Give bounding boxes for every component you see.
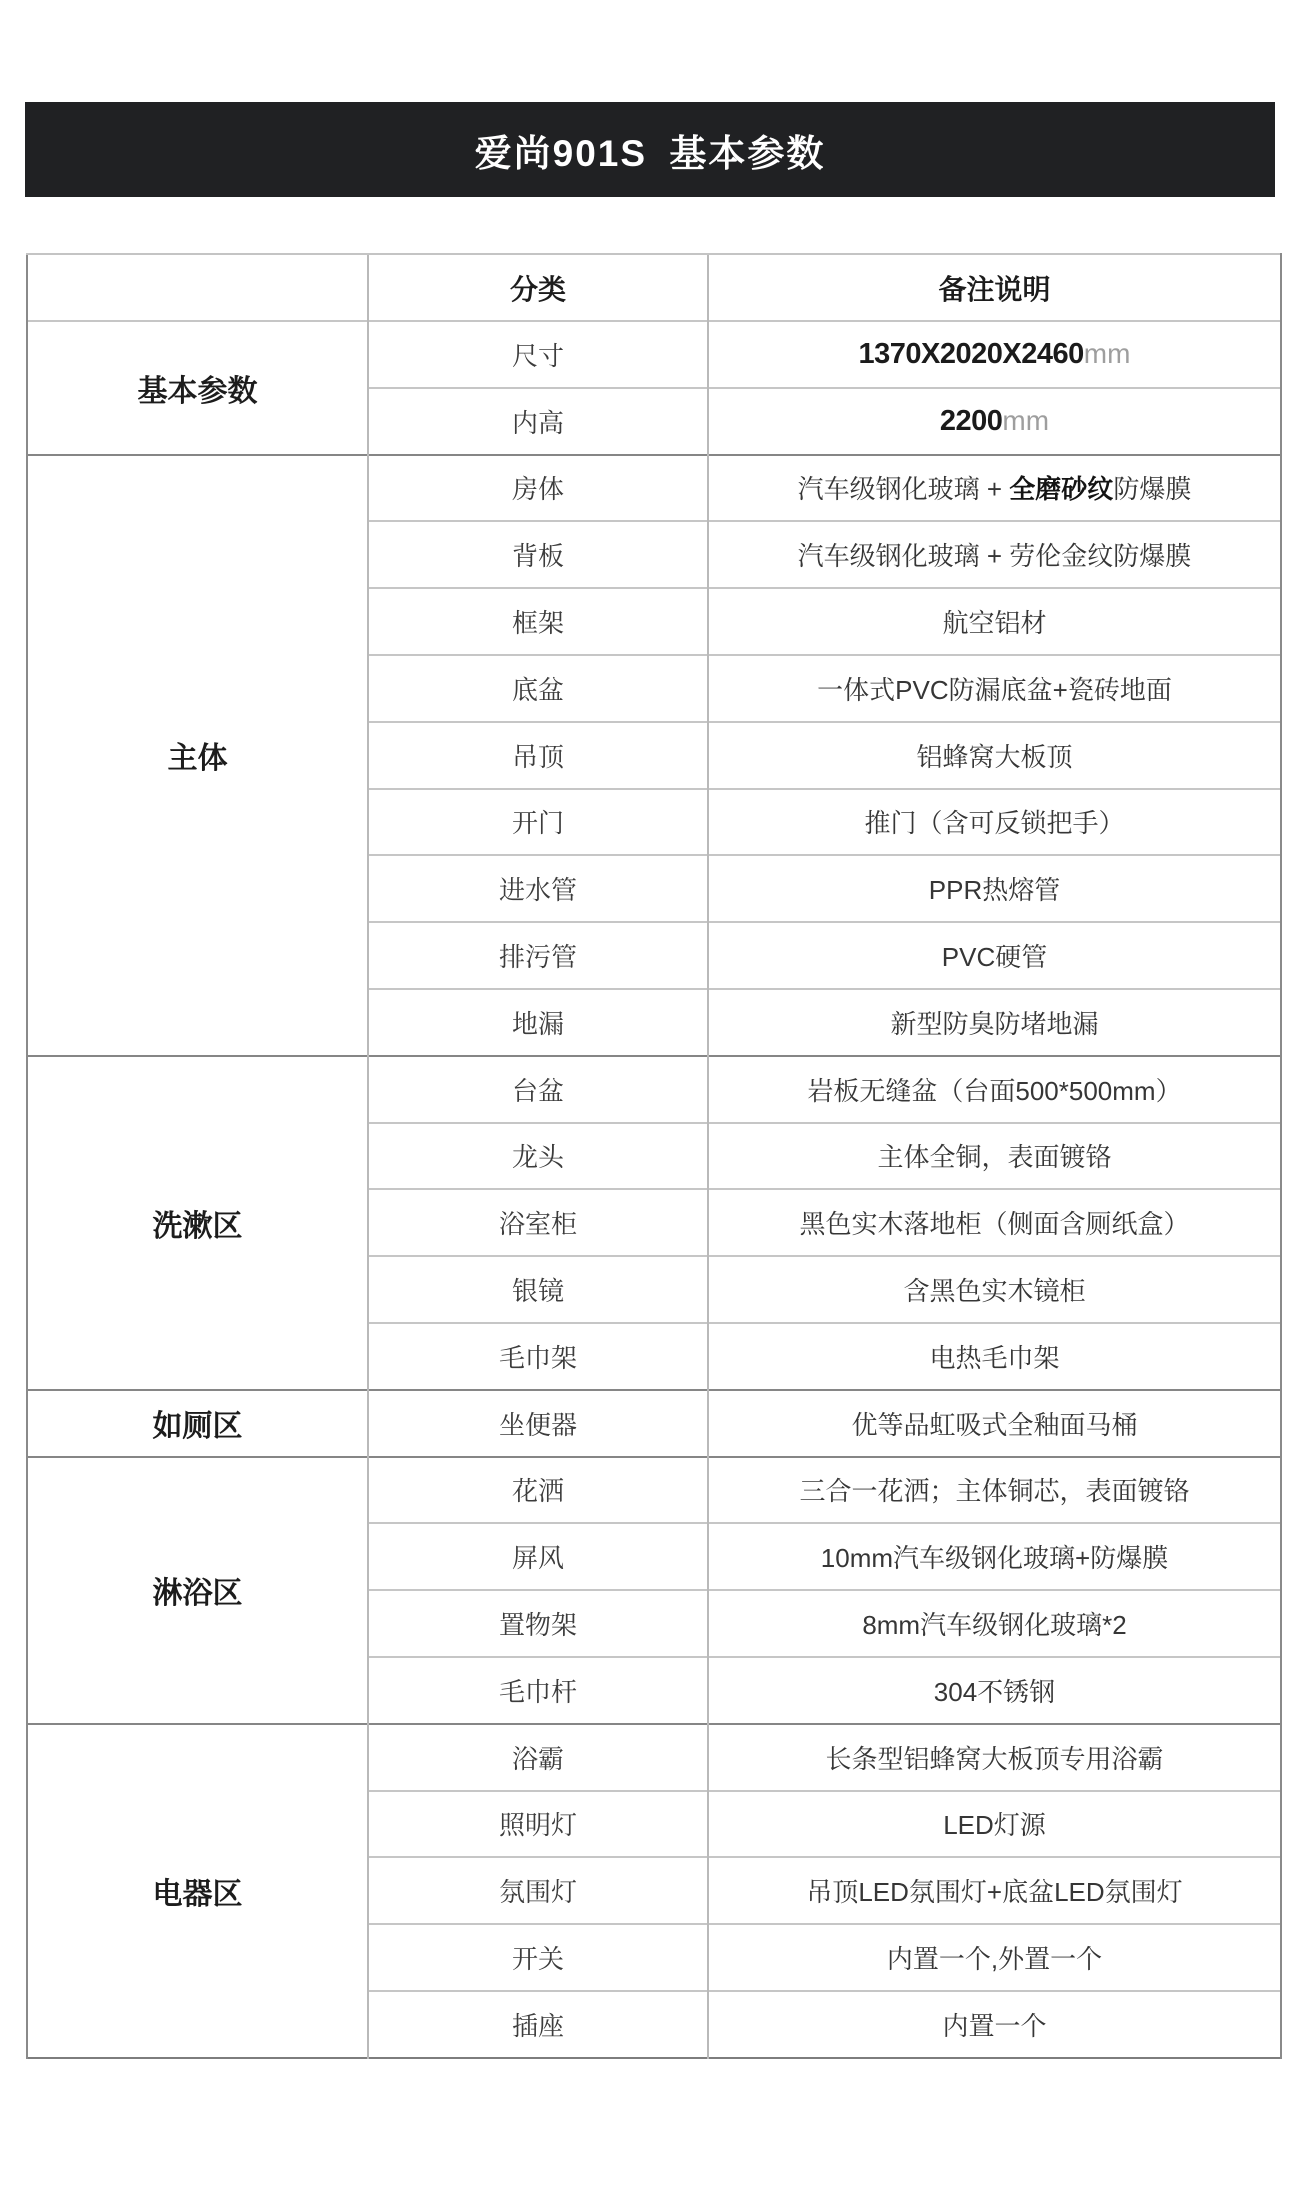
page-title: 爱尚901S 基本参数	[475, 123, 826, 177]
spec-category-cell: 背板	[368, 521, 708, 588]
spec-remark-cell: PVC硬管	[708, 922, 1281, 989]
spec-remark-cell: 含黑色实木镜柜	[708, 1256, 1281, 1323]
group-label-cell: 基本参数	[27, 321, 368, 455]
spec-remark-cell: 吊顶LED氛围灯+底盆LED氛围灯	[708, 1857, 1281, 1924]
spec-remark-segment: 吊顶LED氛围灯+底盆LED氛围灯	[806, 1877, 1182, 1907]
spec-remark-cell: 岩板无缝盆（台面500*500mm）	[708, 1056, 1281, 1123]
spec-remark-cell: 优等品虹吸式全釉面马桶	[708, 1390, 1281, 1457]
spec-remark-cell: 新型防臭防堵地漏	[708, 989, 1281, 1056]
spec-remark-cell: PPR热熔管	[708, 855, 1281, 922]
remark-column-header: 备注说明	[708, 254, 1281, 321]
spec-remark-segment: 1370X2020X2460	[859, 338, 1084, 370]
spec-remark-cell: 汽车级钢化玻璃 + 劳伦金纹防爆膜	[708, 521, 1281, 588]
spec-category-cell: 浴霸	[368, 1724, 708, 1791]
spec-remark-segment: 三合一花洒；主体铜芯，表面镀铬	[799, 1476, 1189, 1506]
spec-remark-cell: 304不锈钢	[708, 1657, 1281, 1724]
spec-remark-segment: mm	[1084, 338, 1131, 369]
spec-category-cell: 框架	[368, 588, 708, 655]
spec-remark-segment: 电热毛巾架	[929, 1343, 1059, 1373]
spec-remark-cell: 三合一花洒；主体铜芯，表面镀铬	[708, 1457, 1281, 1524]
spec-remark-cell: 8mm汽车级钢化玻璃*2	[708, 1590, 1281, 1657]
spec-remark-cell: 2200mm	[708, 388, 1281, 455]
spec-category-cell: 龙头	[368, 1123, 708, 1190]
spec-category-cell: 台盆	[368, 1056, 708, 1123]
spec-remark-cell: 1370X2020X2460mm	[708, 321, 1281, 388]
spec-remark-segment: 铝蜂窝大板顶	[916, 742, 1072, 772]
spec-remark-segment: 长条型铝蜂窝大板顶专用浴霸	[825, 1744, 1163, 1774]
spec-remark-cell: 内置一个	[708, 1991, 1281, 2058]
table-header-row: 分类 备注说明	[27, 254, 1281, 321]
group-label-cell: 主体	[27, 455, 368, 1056]
group-label: 如厕区	[153, 1410, 243, 1443]
spec-remark-segment: 一体式PVC防漏底盆+瓷砖地面	[817, 675, 1172, 705]
spec-category-cell: 照明灯	[368, 1791, 708, 1858]
spec-category-cell: 浴室柜	[368, 1189, 708, 1256]
spec-remark-segment: 汽车级钢化玻璃 +	[798, 474, 1010, 504]
group-label-cell: 电器区	[27, 1724, 368, 2058]
spec-remark-cell: 黑色实木落地柜（侧面含厕纸盒）	[708, 1189, 1281, 1256]
spec-remark-cell: 主体全铜，表面镀铬	[708, 1123, 1281, 1190]
category-column-header: 分类	[368, 254, 708, 321]
spec-remark-segment: 2200	[940, 405, 1003, 437]
table-row: 如厕区坐便器优等品虹吸式全釉面马桶	[27, 1390, 1281, 1457]
spec-remark-segment: mm	[1002, 405, 1049, 436]
spec-remark-segment: 黑色实木落地柜（侧面含厕纸盒）	[799, 1209, 1189, 1239]
spec-category-cell: 尺寸	[368, 321, 708, 388]
group-column-header-empty	[27, 254, 368, 321]
spec-remark-segment: 10mm汽车级钢化玻璃+防爆膜	[821, 1543, 1168, 1573]
spec-category-cell: 地漏	[368, 989, 708, 1056]
spec-remark-segment: 汽车级钢化玻璃 + 劳伦金纹防爆膜	[798, 541, 1192, 571]
group-label-cell: 如厕区	[27, 1390, 368, 1457]
spec-category-cell: 底盆	[368, 655, 708, 722]
spec-remark-cell: 推门（含可反锁把手）	[708, 789, 1281, 856]
spec-remark-cell: 电热毛巾架	[708, 1323, 1281, 1390]
group-label-cell: 洗漱区	[27, 1056, 368, 1390]
spec-remark-segment: 航空铝材	[942, 608, 1046, 638]
spec-category-cell: 内高	[368, 388, 708, 455]
spec-remark-segment: 全磨砂纹	[1009, 474, 1113, 504]
spec-remark-segment: 内置一个	[942, 2011, 1046, 2041]
spec-remark-cell: 一体式PVC防漏底盆+瓷砖地面	[708, 655, 1281, 722]
spec-remark-cell: 航空铝材	[708, 588, 1281, 655]
group-label: 电器区	[153, 1878, 243, 1911]
spec-remark-segment: 主体全铜，表面镀铬	[877, 1142, 1111, 1172]
spec-remark-cell: 铝蜂窝大板顶	[708, 722, 1281, 789]
spec-category-cell: 毛巾杆	[368, 1657, 708, 1724]
spec-category-cell: 吊顶	[368, 722, 708, 789]
spec-remark-segment: 岩板无缝盆（台面500*500mm）	[807, 1076, 1181, 1106]
table-row: 淋浴区花洒三合一花洒；主体铜芯，表面镀铬	[27, 1457, 1281, 1524]
group-label: 淋浴区	[153, 1577, 243, 1610]
spec-category-cell: 屏风	[368, 1523, 708, 1590]
spec-category-cell: 开门	[368, 789, 708, 856]
spec-remark-segment: PVC硬管	[942, 942, 1047, 972]
spec-remark-segment: 优等品虹吸式全釉面马桶	[851, 1410, 1137, 1440]
spec-category-cell: 氛围灯	[368, 1857, 708, 1924]
spec-remark-segment: 新型防臭防堵地漏	[890, 1009, 1098, 1039]
spec-category-cell: 花洒	[368, 1457, 708, 1524]
spec-remark-cell: 汽车级钢化玻璃 + 全磨砂纹防爆膜	[708, 455, 1281, 522]
group-label: 基本参数	[138, 375, 258, 408]
spec-remark-cell: 10mm汽车级钢化玻璃+防爆膜	[708, 1523, 1281, 1590]
spec-category-cell: 排污管	[368, 922, 708, 989]
spec-category-cell: 坐便器	[368, 1390, 708, 1457]
spec-remark-segment: 8mm汽车级钢化玻璃*2	[862, 1610, 1126, 1640]
spec-table: 分类 备注说明 基本参数尺寸1370X2020X2460mm内高2200mm主体…	[26, 253, 1282, 2059]
spec-category-cell: 插座	[368, 1991, 708, 2058]
table-row: 洗漱区台盆岩板无缝盆（台面500*500mm）	[27, 1056, 1281, 1123]
spec-remark-segment: PPR热熔管	[929, 875, 1060, 905]
title-bar: 爱尚901S 基本参数	[25, 102, 1275, 197]
spec-remark-cell: LED灯源	[708, 1791, 1281, 1858]
spec-remark-segment: 内置一个,外置一个	[887, 1944, 1102, 1974]
spec-category-cell: 毛巾架	[368, 1323, 708, 1390]
spec-category-cell: 置物架	[368, 1590, 708, 1657]
group-label: 主体	[168, 742, 228, 775]
table-row: 基本参数尺寸1370X2020X2460mm	[27, 321, 1281, 388]
spec-category-cell: 银镜	[368, 1256, 708, 1323]
group-label: 洗漱区	[153, 1210, 243, 1243]
group-label-cell: 淋浴区	[27, 1457, 368, 1724]
spec-category-cell: 房体	[368, 455, 708, 522]
spec-remark-cell: 内置一个,外置一个	[708, 1924, 1281, 1991]
spec-remark-segment: 防爆膜	[1113, 474, 1191, 504]
table-row: 电器区浴霸长条型铝蜂窝大板顶专用浴霸	[27, 1724, 1281, 1791]
spec-remark-cell: 长条型铝蜂窝大板顶专用浴霸	[708, 1724, 1281, 1791]
spec-category-cell: 进水管	[368, 855, 708, 922]
spec-remark-segment: 含黑色实木镜柜	[903, 1276, 1085, 1306]
table-row: 主体房体汽车级钢化玻璃 + 全磨砂纹防爆膜	[27, 455, 1281, 522]
spec-category-cell: 开关	[368, 1924, 708, 1991]
spec-remark-segment: 304不锈钢	[934, 1677, 1055, 1707]
spec-remark-segment: 推门（含可反锁把手）	[864, 808, 1124, 838]
spec-remark-segment: LED灯源	[943, 1810, 1046, 1840]
